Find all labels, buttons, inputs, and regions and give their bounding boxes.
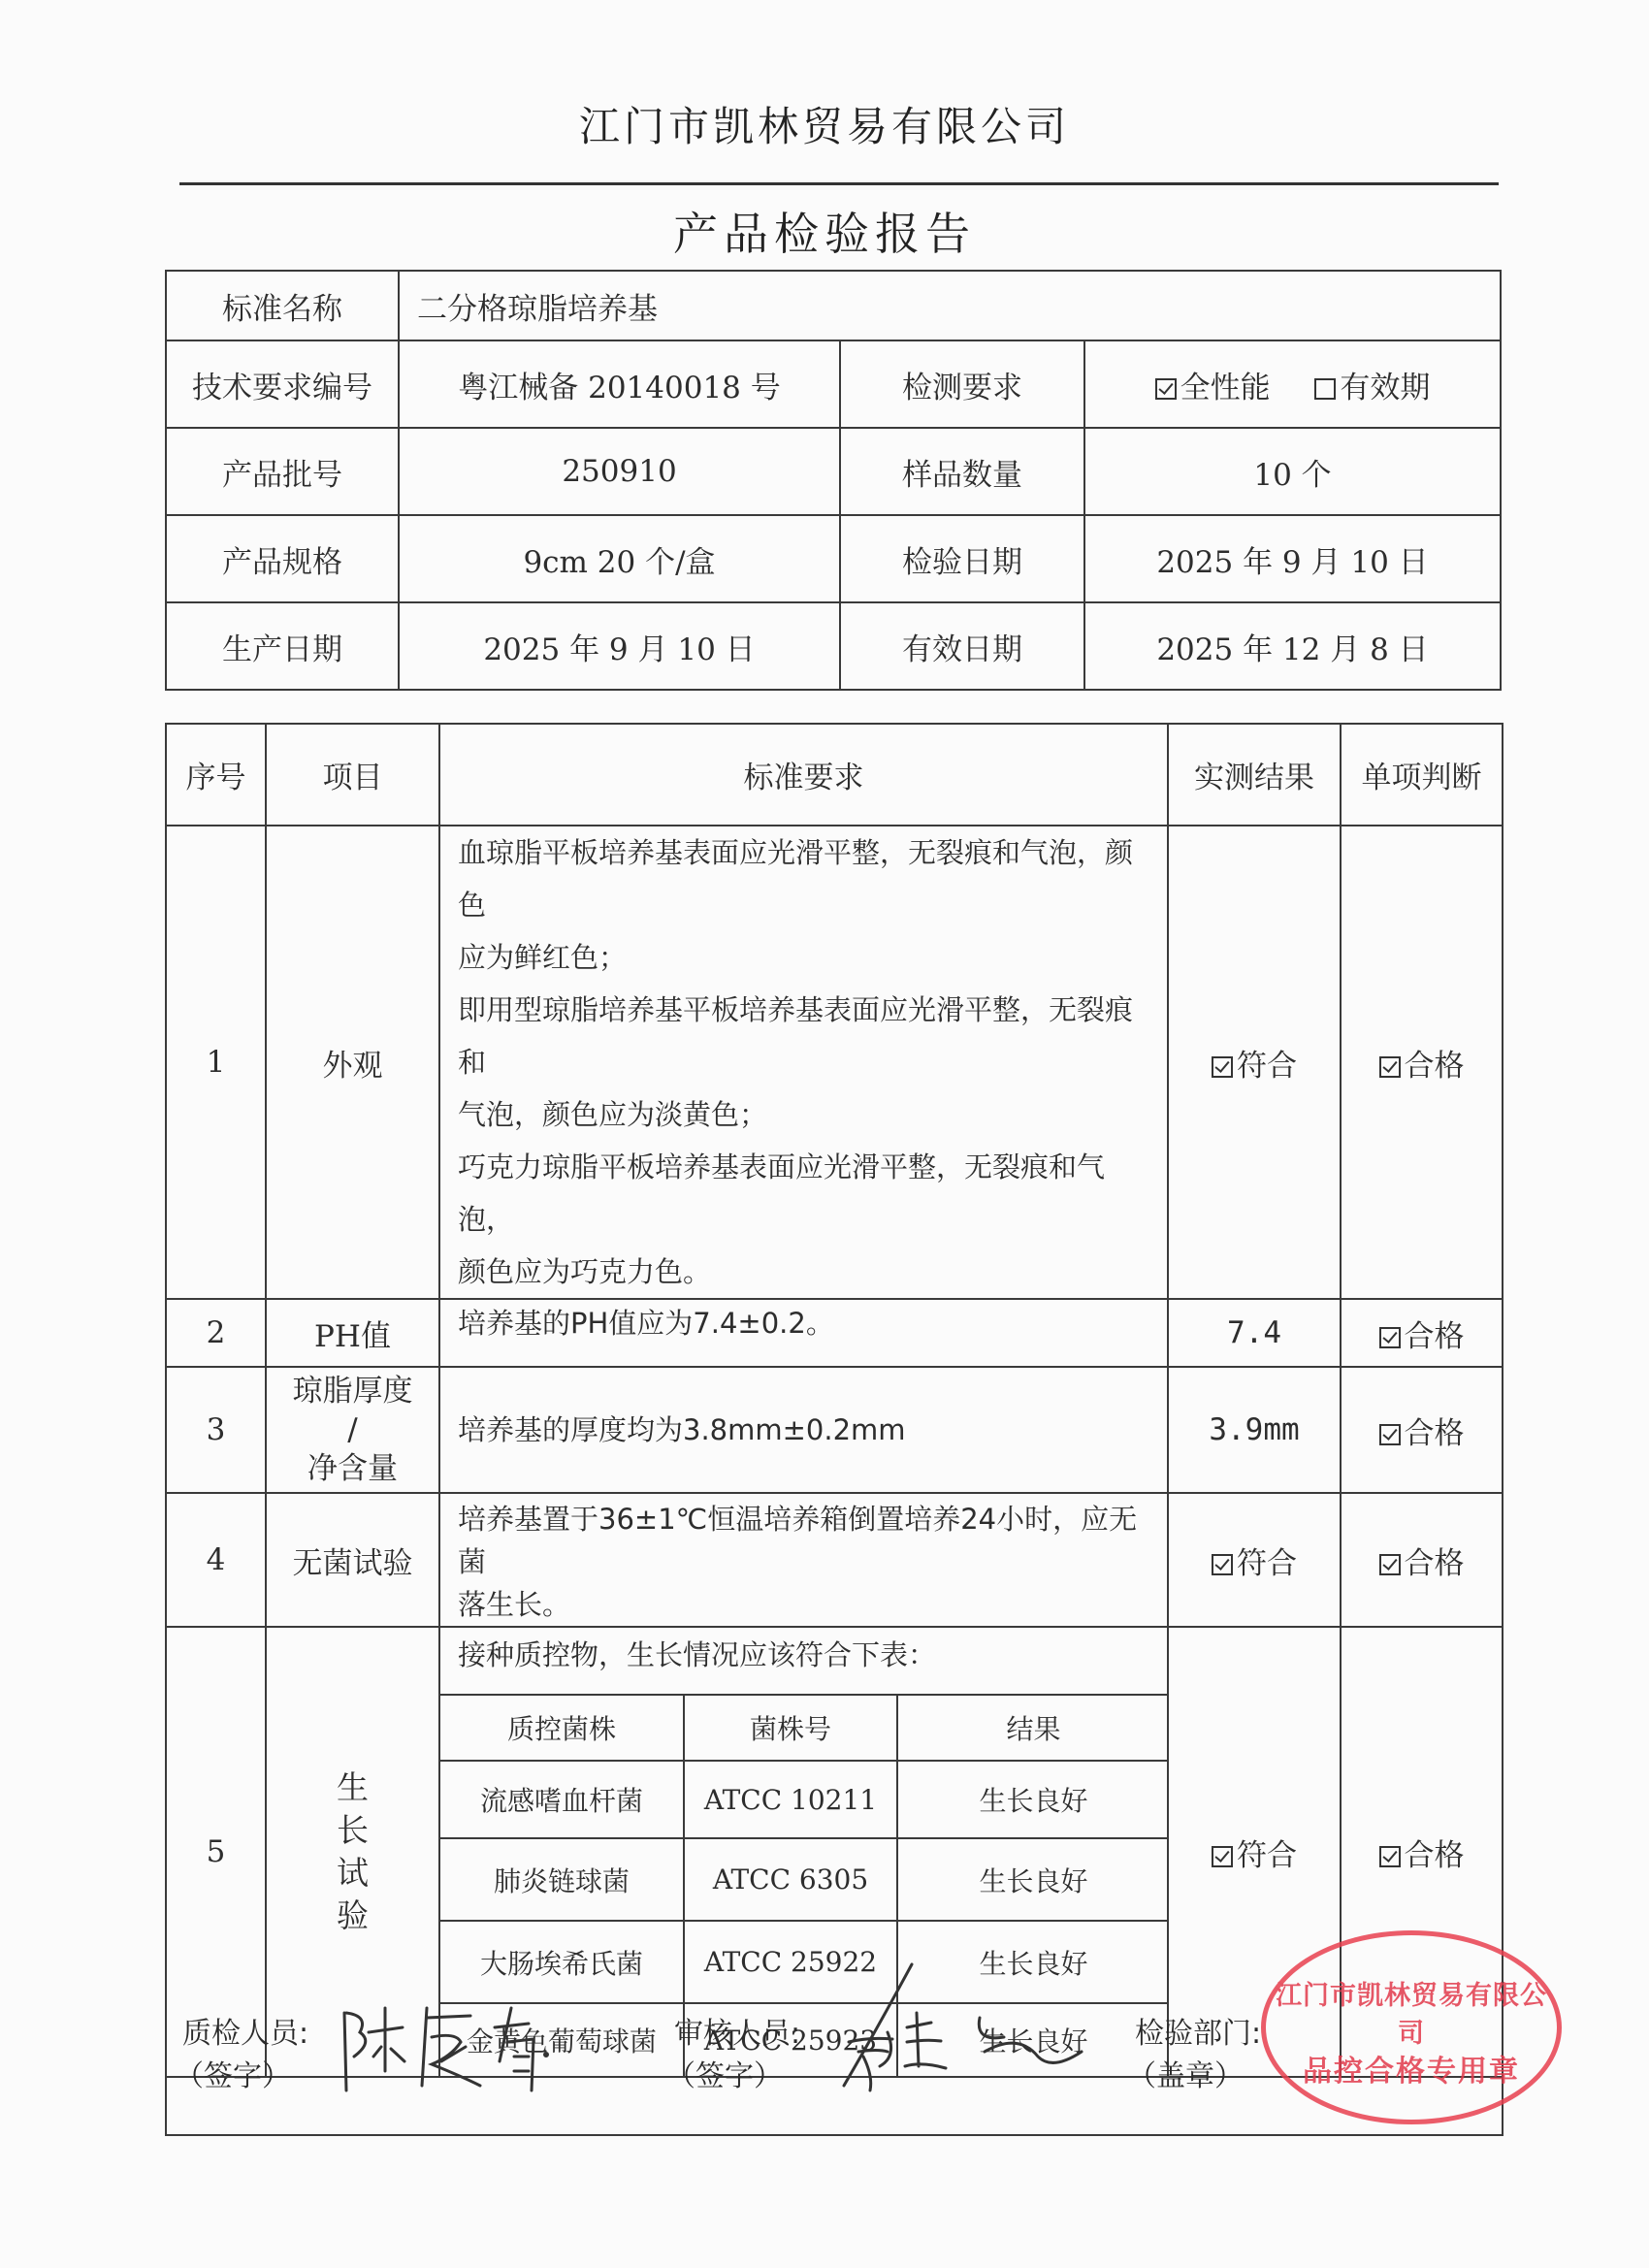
inspector-sub: （签字） (175, 2056, 308, 2098)
row-item: 无菌试验 (266, 1493, 439, 1627)
standard-name-value: 二分格琼脂培养基 (399, 271, 1501, 340)
row-no: 4 (166, 1493, 266, 1627)
header-item: 项目 (266, 724, 439, 826)
row-no: 2 (166, 1299, 266, 1367)
row-item: PH值 (266, 1299, 439, 1367)
reviewer-label: 审核人员: (674, 2013, 800, 2056)
row-result: 7.4 (1168, 1299, 1341, 1367)
strain-header-row: 质控菌株 菌株号 结果 (440, 1695, 1169, 1761)
row-item: 琼脂厚度 / 净含量 (266, 1367, 439, 1493)
requirement-line: 颜色应为巧克力色。 (458, 1246, 1153, 1298)
reviewer-sub: （签字） (666, 2056, 800, 2098)
checkbox-checked-icon[interactable] (1212, 1056, 1233, 1078)
handwritten-signature-icon (810, 1960, 1101, 2095)
sample-qty-value: 10 个 (1084, 428, 1501, 515)
department-label: 检验部门: (1135, 2013, 1261, 2056)
strain-header-result: 结果 (897, 1695, 1169, 1761)
row-no: 3 (166, 1367, 266, 1493)
row-requirement: 培养基置于36±1℃恒温培养箱倒置培养24小时，应无菌 落生长。 (439, 1493, 1168, 1627)
stamp-company-text: 江门市凯林贸易有限公司 (1266, 1974, 1557, 2050)
row-judgement: 合格 (1341, 826, 1503, 1299)
header-divider (179, 182, 1499, 185)
header-result: 实测结果 (1168, 724, 1341, 826)
report-title: 产品检验报告 (0, 199, 1649, 263)
test-req-options: 全性能 有效期 (1084, 340, 1501, 428)
option-full-performance[interactable]: 全性能 (1155, 371, 1271, 405)
header-judgement: 单项判断 (1341, 724, 1503, 826)
strain-intro: 接种质控物，生长情况应该符合下表： (440, 1628, 1169, 1695)
expiry-label: 有效日期 (840, 602, 1084, 690)
row-result: 符合 (1168, 1493, 1341, 1627)
stamp-purpose-text: 品控合格专用章 (1266, 2047, 1557, 2090)
row-requirement: 血琼脂平板培养基表面应光滑平整，无裂痕和气泡，颜色 应为鲜红色； 即用型琼脂培养… (439, 826, 1168, 1299)
test-date-value: 2025 年 9 月 10 日 (1084, 515, 1501, 602)
table-row: 1 外观 血琼脂平板培养基表面应光滑平整，无裂痕和气泡，颜色 应为鲜红色； 即用… (166, 826, 1503, 1299)
requirement-line: 巧克力琼脂平板培养基表面应光滑平整，无裂痕和气泡， (458, 1141, 1153, 1246)
checkbox-unchecked-icon[interactable] (1314, 378, 1336, 400)
checkbox-checked-icon[interactable] (1212, 1554, 1233, 1575)
table-row: 4 无菌试验 培养基置于36±1℃恒温培养箱倒置培养24小时，应无菌 落生长。 … (166, 1493, 1503, 1627)
checkbox-checked-icon[interactable] (1379, 1056, 1401, 1078)
checkbox-checked-icon[interactable] (1155, 378, 1177, 400)
product-info-table: 标准名称 二分格琼脂培养基 技术要求编号 粤江械备 20140018 号 检测要… (165, 270, 1502, 691)
test-req-label: 检测要求 (840, 340, 1084, 428)
requirement-line: 气泡，颜色应为淡黄色； (458, 1088, 1153, 1141)
department-block: 检验部门: （盖章） (1135, 2013, 1261, 2098)
spec-label: 产品规格 (166, 515, 399, 602)
row-judgement: 合格 (1341, 1299, 1503, 1367)
row-result: 符合 (1168, 826, 1341, 1299)
test-results-table: 序号 项目 标准要求 实测结果 单项判断 1 外观 血琼脂平板培养基表面应光滑平… (165, 723, 1503, 2136)
requirement-line: 应为鲜红色； (458, 931, 1153, 984)
table-row: 3 琼脂厚度 / 净含量 培养基的厚度均为3.8mm±0.2mm 3.9mm 合… (166, 1367, 1503, 1493)
spec-value: 9cm 20 个/盒 (399, 515, 840, 602)
test-date-label: 检验日期 (840, 515, 1084, 602)
row-no: 5 (166, 1627, 266, 2077)
checkbox-checked-icon[interactable] (1379, 1554, 1401, 1575)
batch-label: 产品批号 (166, 428, 399, 515)
inspector-label: 质检人员: (182, 2013, 308, 2056)
row-item: 外观 (266, 826, 439, 1299)
prod-date-label: 生产日期 (166, 602, 399, 690)
checkbox-checked-icon[interactable] (1212, 1846, 1233, 1867)
reviewer-signature (810, 1960, 1101, 2095)
checkbox-checked-icon[interactable] (1379, 1327, 1401, 1348)
row-judgement: 合格 (1341, 1367, 1503, 1493)
strain-header-code: 菌株号 (684, 1695, 897, 1761)
row-no: 1 (166, 826, 266, 1299)
row-result: 3.9mm (1168, 1367, 1341, 1493)
strain-row: 肺炎链球菌 ATCC 6305 生长良好 (440, 1838, 1169, 1921)
header-no: 序号 (166, 724, 266, 826)
inspector-block: 质检人员: （签字） (182, 2013, 308, 2098)
tech-req-value: 粤江械备 20140018 号 (399, 340, 840, 428)
header-requirement: 标准要求 (439, 724, 1168, 826)
reviewer-block: 审核人员: （签字） (674, 2013, 800, 2098)
company-seal-stamp: 江门市凯林贸易有限公司 品控合格专用章 (1261, 1930, 1562, 2124)
requirement-line: 即用型琼脂培养基平板培养基表面应光滑平整，无裂痕和 (458, 984, 1153, 1088)
inspector-signature (335, 1989, 558, 2095)
standard-name-label: 标准名称 (166, 271, 399, 340)
table-header-row: 序号 项目 标准要求 实测结果 单项判断 (166, 724, 1503, 826)
company-name: 江门市凯林贸易有限公司 (0, 95, 1649, 153)
handwritten-signature-icon (335, 1989, 558, 2095)
sample-qty-label: 样品数量 (840, 428, 1084, 515)
requirement-line: 血琼脂平板培养基表面应光滑平整，无裂痕和气泡，颜色 (458, 826, 1153, 931)
checkbox-checked-icon[interactable] (1379, 1424, 1401, 1445)
row-requirement: 培养基的厚度均为3.8mm±0.2mm (439, 1367, 1168, 1493)
department-sub: （盖章） (1127, 2056, 1261, 2098)
batch-value: 250910 (399, 428, 840, 515)
checkbox-checked-icon[interactable] (1379, 1846, 1401, 1867)
prod-date-value: 2025 年 9 月 10 日 (399, 602, 840, 690)
strain-row: 流感嗜血杆菌 ATCC 10211 生长良好 (440, 1761, 1169, 1838)
table-row: 2 PH值 培养基的PH值应为7.4±0.2。 7.4 合格 (166, 1299, 1503, 1367)
tech-req-label: 技术要求编号 (166, 340, 399, 428)
row-judgement: 合格 (1341, 1493, 1503, 1627)
expiry-value: 2025 年 12 月 8 日 (1084, 602, 1501, 690)
option-validity[interactable]: 有效期 (1314, 371, 1430, 405)
row-requirement: 培养基的PH值应为7.4±0.2。 (439, 1299, 1168, 1367)
strain-header-name: 质控菌株 (440, 1695, 684, 1761)
